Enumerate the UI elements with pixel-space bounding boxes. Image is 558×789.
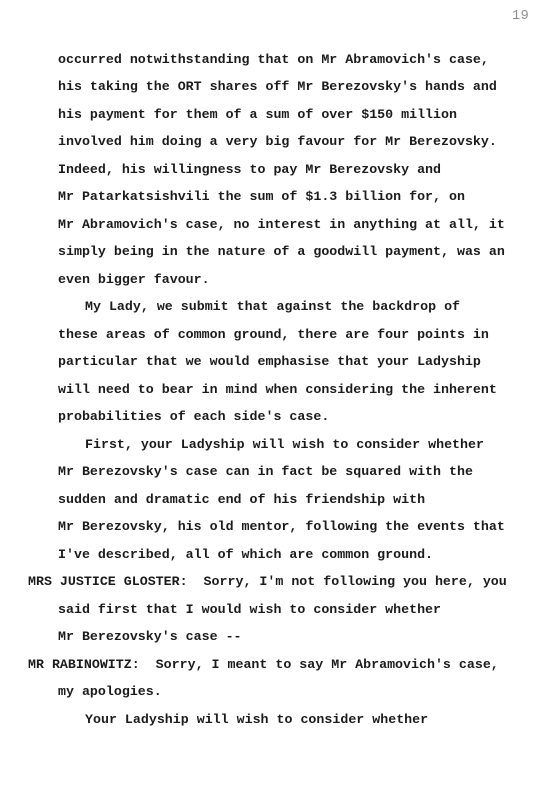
transcript-line: MR RABINOWITZ: Sorry, I meant to say Mr … [0,651,558,679]
transcript-line: sudden and dramatic end of his friendshi… [0,486,558,514]
transcript-line: Mr Berezovsky, his old mentor, following… [0,513,558,541]
transcript-line: these areas of common ground, there are … [0,321,558,349]
transcript-line: MRS JUSTICE GLOSTER: Sorry, I'm not foll… [0,568,558,596]
transcript-line: Your Ladyship will wish to consider whet… [0,706,558,734]
transcript-page: 19 occurred notwithstanding that on Mr A… [0,0,558,789]
transcript-line: Mr Berezovsky's case -- [0,623,558,651]
transcript-line: Mr Berezovsky's case can in fact be squa… [0,458,558,486]
transcript-line: Mr Patarkatsishvili the sum of $1.3 bill… [0,183,558,211]
transcript-line: said first that I would wish to consider… [0,596,558,624]
transcript-line: particular that we would emphasise that … [0,348,558,376]
transcript-line: my apologies. [0,678,558,706]
transcript-line: occurred notwithstanding that on Mr Abra… [0,46,558,74]
transcript-line: probabilities of each side's case. [0,403,558,431]
transcript-line: simply being in the nature of a goodwill… [0,238,558,266]
transcript-lines: occurred notwithstanding that on Mr Abra… [0,46,558,734]
transcript-line: his taking the ORT shares off Mr Berezov… [0,73,558,101]
transcript-line: his payment for them of a sum of over $1… [0,101,558,129]
transcript-line: even bigger favour. [0,266,558,294]
transcript-line: I've described, all of which are common … [0,541,558,569]
transcript-line: My Lady, we submit that against the back… [0,293,558,321]
page-number: 19 [512,9,529,24]
transcript-line: First, your Ladyship will wish to consid… [0,431,558,459]
transcript-line: will need to bear in mind when consideri… [0,376,558,404]
transcript-line: involved him doing a very big favour for… [0,128,558,156]
transcript-line: Mr Abramovich's case, no interest in any… [0,211,558,239]
transcript-line: Indeed, his willingness to pay Mr Berezo… [0,156,558,184]
